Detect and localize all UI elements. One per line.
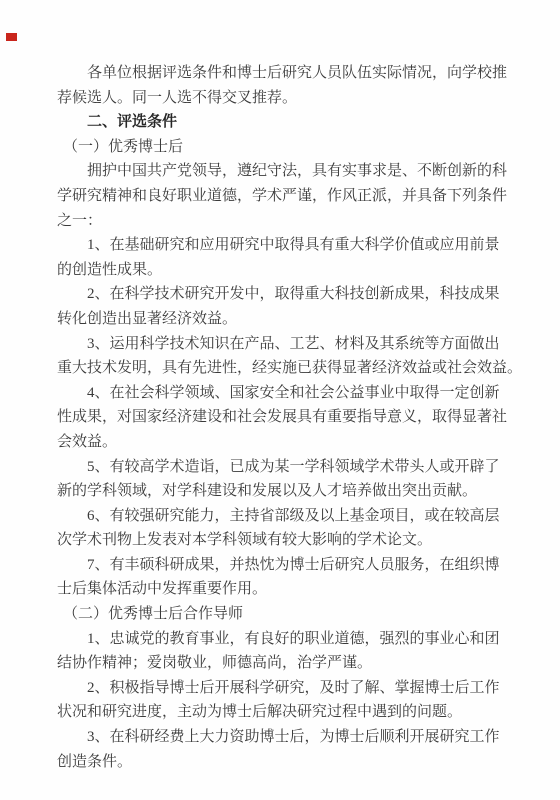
text-line: 状况和研究进度，主动为博士后解决研究过程中遇到的问题。 [57,700,509,725]
paragraph: 7、有丰硕科研成果，并热忱为博士后研究人员服务，在组织博 士后集体活动中发挥重要… [57,553,509,602]
document-page: 各单位根据评选条件和博士后研究人员队伍实际情况，向学校推 荐候选人。同一人选不得… [0,0,560,800]
text-line: 士后集体活动中发挥重要作用。 [57,577,509,602]
paragraph: 6、有较强研究能力，主持省部级及以上基金项目，或在较高层 次学术刊物上发表对本学… [57,504,509,553]
paragraph: 3、运用科学技术知识在产品、工艺、材料及其系统等方面做出 重大技术发明，具有先进… [57,332,509,381]
document-text-block: 各单位根据评选条件和博士后研究人员队伍实际情况，向学校推 荐候选人。同一人选不得… [57,61,509,774]
paragraph: 1、在基础研究和应用研究中取得具有重大科学价值或应用前景 的创造性成果。 [57,233,509,282]
text-line: 学研究精神和良好职业道德，学术严谨，作风正派，并具备下列条件 [57,184,509,209]
paragraph: 2、积极指导博士后开展科学研究，及时了解、掌握博士后工作 状况和研究进度，主动为… [57,676,509,725]
paragraph: 3、在科研经费上大力资助博士后，为博士后顺利开展研究工作 创造条件。 [57,725,509,774]
text-line: 各单位根据评选条件和博士后研究人员队伍实际情况，向学校推 [57,61,509,86]
sub-heading: （一）优秀博士后 [57,135,509,160]
sub-heading: （二）优秀博士后合作导师 [57,602,509,627]
text-line: 3、在科研经费上大力资助博士后，为博士后顺利开展研究工作 [57,725,509,750]
paragraph: 各单位根据评选条件和博士后研究人员队伍实际情况，向学校推 荐候选人。同一人选不得… [57,61,509,110]
text-line: 新的学科领域，对学科建设和发展以及人才培养做出突出贡献。 [57,479,509,504]
paragraph: （二）优秀博士后合作导师 [57,602,509,627]
text-line: 重大技术发明，具有先进性，经实施已获得显著经济效益或社会效益。 [57,356,509,381]
paragraph: 2、在科学技术研究开发中，取得重大科技创新成果，科技成果 转化创造出显著经济效益… [57,282,509,331]
paragraph: 4、在社会科学领域、国家安全和社会公益事业中取得一定创新 性成果，对国家经济建设… [57,381,509,455]
text-line: 性成果，对国家经济建设和社会发展具有重要指导意义，取得显著社 [57,405,509,430]
paragraph: 5、有较高学术造诣，已成为某一学科领域学术带头人或开辟了 新的学科领域，对学科建… [57,455,509,504]
section-heading: 二、评选条件 [57,110,509,135]
text-line: 会效益。 [57,430,509,455]
text-line: 创造条件。 [57,750,509,775]
text-line: 2、积极指导博士后开展科学研究，及时了解、掌握博士后工作 [57,676,509,701]
text-line: 4、在社会科学领域、国家安全和社会公益事业中取得一定创新 [57,381,509,406]
paragraph: 拥护中国共产党领导，遵纪守法，具有实事求是、不断创新的科 学研究精神和良好职业道… [57,159,509,233]
text-line: 之一： [57,209,509,234]
text-line: 6、有较强研究能力，主持省部级及以上基金项目，或在较高层 [57,504,509,529]
text-line: 3、运用科学技术知识在产品、工艺、材料及其系统等方面做出 [57,332,509,357]
text-line: 2、在科学技术研究开发中，取得重大科技创新成果，科技成果 [57,282,509,307]
text-line: 5、有较高学术造诣，已成为某一学科领域学术带头人或开辟了 [57,455,509,480]
text-line: 荐候选人。同一人选不得交叉推荐。 [57,86,509,111]
text-line: 7、有丰硕科研成果，并热忱为博士后研究人员服务，在组织博 [57,553,509,578]
paragraph: 二、评选条件 [57,110,509,135]
text-line: 1、忠诚党的教育事业，有良好的职业道德，强烈的事业心和团 [57,627,509,652]
paragraph: （一）优秀博士后 [57,135,509,160]
text-line: 的创造性成果。 [57,258,509,283]
text-line: 拥护中国共产党领导，遵纪守法，具有实事求是、不断创新的科 [57,159,509,184]
paragraph: 1、忠诚党的教育事业，有良好的职业道德，强烈的事业心和团 结协作精神；爱岗敬业，… [57,627,509,676]
red-marker [6,33,17,41]
text-line: 次学术刊物上发表对本学科领域有较大影响的学术论文。 [57,528,509,553]
text-line: 转化创造出显著经济效益。 [57,307,509,332]
text-line: 结协作精神；爱岗敬业，师德高尚，治学严谨。 [57,651,509,676]
text-line: 1、在基础研究和应用研究中取得具有重大科学价值或应用前景 [57,233,509,258]
